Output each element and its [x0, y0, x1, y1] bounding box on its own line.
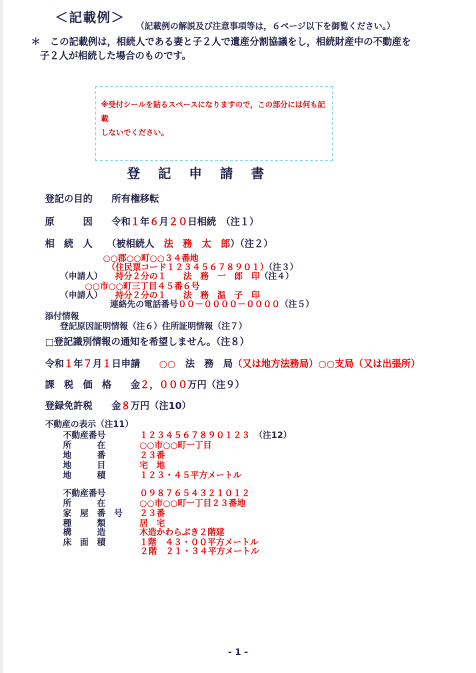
text-segment: 月: [93, 359, 103, 370]
text-segment: （申請人）: [60, 291, 115, 301]
text-segment: 日申請: [112, 359, 160, 370]
doc-line: 登記の目的 所有権移転: [45, 194, 159, 205]
example-heading-note: （記載例の解説及び注意事項等は，６ページ以下を御覧ください。）: [136, 22, 395, 33]
text-segment: 連絡先の電話番号: [110, 300, 178, 310]
red-sample-text: 持分２分の１ 法 務 一 郎 印: [115, 272, 260, 282]
text-segment: 月: [159, 217, 169, 228]
doc-line: 不動産番号 ０９８７６５４３２１０１２: [63, 489, 250, 499]
text-segment: 家 屋 番 号: [63, 509, 140, 519]
doc-line: 所 在 ○○市○○町一丁目: [63, 441, 212, 451]
text-segment: □登記識別情報の通知を希望しません。（注８）: [45, 337, 249, 348]
text-segment: 万円（注９）: [188, 380, 245, 391]
text-segment: ）（注２）: [230, 239, 273, 250]
doc-line: ２階 ２１・３４平方メートル: [140, 547, 259, 557]
example-description-line2: 子２人が相続した場合のものです。: [40, 51, 191, 63]
red-sample-text: 法 務 太 郎: [164, 239, 231, 250]
receipt-seal-notice-text: ※受付シールを貼るスペースになりますので，この部分には何も記載 しないでください…: [101, 98, 329, 140]
page-edge-strip: [0, 0, 3, 673]
doc-line: 家 屋 番 号 ２３番: [63, 509, 165, 519]
text-segment: 登録免許税 金: [45, 401, 121, 412]
doc-line: 課 税 価 格 金２，０００万円（注９）: [45, 380, 245, 391]
registration-application-document-page: ＜記載例＞ （記載例の解説及び注意事項等は，６ページ以下を御覧ください。） ＊ …: [0, 0, 476, 673]
text-segment: 原 因 令和: [45, 217, 131, 228]
doc-line: 所 在 ○○市○○町一丁目２３番地: [63, 499, 246, 509]
doc-line: 不動産番号 １２３４５６７８９０１２３ （注12）: [63, 431, 292, 441]
doc-line: 添付情報: [45, 312, 79, 322]
red-sample-text: １: [131, 217, 141, 228]
red-sample-text: １: [64, 359, 74, 370]
text-segment: 令和: [45, 359, 64, 370]
text-segment: 地 番: [63, 451, 140, 461]
example-heading: ＜記載例＞: [55, 11, 125, 27]
text-segment: 所 在: [63, 499, 140, 509]
text-segment: 万円（注10）: [131, 401, 192, 412]
doc-line: 相 続 人 （被相続人 法 務 太 郎）（注２）: [45, 239, 273, 250]
red-sample-text: 木造かわらぶき２階建: [140, 528, 225, 538]
doc-line: 連絡先の電話番号００－００００－００００（注５）: [110, 300, 314, 310]
text-segment: 相 続 人 （被相続人: [45, 239, 164, 250]
text-segment: 構 造: [63, 528, 140, 538]
red-sample-text: ００－００００－００００: [178, 300, 280, 310]
text-segment: 年: [140, 217, 150, 228]
text-segment: （注５）: [280, 300, 314, 310]
text-segment: 不動産番号: [63, 431, 140, 441]
document-title: 登 記 申 請 書: [127, 167, 267, 183]
doc-line: 地 番 ２３番: [63, 451, 165, 461]
text-segment: 不動産の表示（注11）: [45, 420, 133, 430]
text-segment: 登記原因証明情報（注６）住所証明情報（注７）: [60, 322, 247, 332]
text-segment: 所 在: [63, 441, 140, 451]
red-sample-text: ２，０００: [140, 380, 188, 391]
text-segment: 添付情報: [45, 312, 79, 322]
text-segment: 課 税 価 格 金: [45, 380, 140, 391]
text-segment: （注12）: [250, 431, 292, 441]
red-sample-text: ２３番: [140, 509, 166, 519]
doc-line: 地 積 １２３・４５平方メートル: [63, 471, 242, 481]
doc-line: （申請人） 持分２分の１ 法 務 一 郎 印（注４）: [60, 272, 294, 282]
example-description-line1: ＊ この記載例は，相続人である妻と子２人で遺産分割協議をし，相続財産中の不動産を: [31, 37, 411, 49]
red-sample-text: ８: [121, 401, 131, 412]
doc-line: 不動産の表示（注11）: [45, 420, 133, 430]
text-segment: 地 目: [63, 461, 140, 471]
page-number: - 1 -: [0, 648, 476, 659]
red-sample-text: １２３・４５平方メートル: [140, 471, 242, 481]
text-segment: 日相続 （注１）: [188, 217, 259, 228]
red-sample-text: １２３４５６７８９０１２３: [140, 431, 251, 441]
red-sample-text: 宅 地: [140, 461, 166, 471]
red-sample-text: ７: [83, 359, 93, 370]
red-sample-text: ２０: [169, 217, 188, 228]
doc-line: □登記識別情報の通知を希望しません。（注８）: [45, 337, 249, 348]
doc-line: 登録免許税 金８万円（注10）: [45, 401, 191, 412]
receipt-seal-space-box: ※受付シールを貼るスペースになりますので，この部分には何も記載 しないでください…: [95, 86, 333, 161]
doc-line: 構 造 木造かわらぶき２階建: [63, 528, 225, 538]
text-segment: 地 積: [63, 471, 140, 481]
red-sample-text: ○○市○○町一丁目: [140, 441, 212, 451]
red-sample-text: ６: [150, 217, 160, 228]
text-segment: 法 務 局: [176, 359, 233, 370]
text-segment: 床 面 積: [63, 538, 140, 548]
red-sample-text: ０９８７６５４３２１０１２: [140, 489, 251, 499]
text-segment: （注４）: [260, 272, 294, 282]
doc-line: 令和１年７月１日申請 ○○ 法 務 局（又は地方法務局）○○支局（又は出張所）: [45, 359, 420, 370]
doc-line: 登記原因証明情報（注６）住所証明情報（注７）: [60, 322, 247, 332]
red-sample-text: ２３番: [140, 451, 166, 461]
text-segment: 不動産番号: [63, 489, 140, 499]
red-sample-text: ２階 ２１・３４平方メートル: [140, 547, 259, 557]
text-segment: 年: [74, 359, 84, 370]
text-segment: （申請人）: [60, 272, 115, 282]
red-sample-text: （又は地方法務局）○○支局（又は出張所）: [233, 359, 421, 370]
text-segment: 登記の目的 所有権移転: [45, 194, 159, 205]
red-sample-text: １: [102, 359, 112, 370]
doc-line: 地 目 宅 地: [63, 461, 165, 471]
red-sample-text: ○○: [159, 359, 176, 370]
doc-line: 原 因 令和１年６月２０日相続 （注１）: [45, 217, 259, 228]
red-sample-text: ○○市○○町一丁目２３番地: [140, 499, 246, 509]
